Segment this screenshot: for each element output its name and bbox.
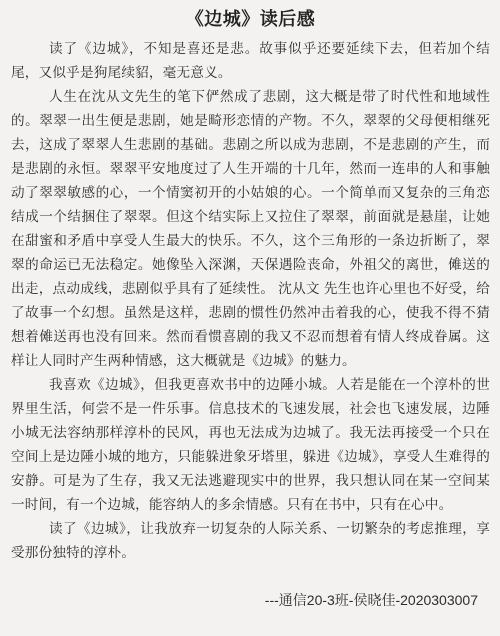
author-signature: ---通信20-3班-侯晓佳-2020303007 — [265, 591, 478, 609]
document-title: 《边城》读后感 — [11, 8, 490, 30]
paragraph-border-town-reflection: 我喜欢《边城》，但我更喜欢书中的边陲小城。人若是能在一个淳朴的世界里生活，何尝不… — [11, 373, 490, 517]
paragraph-intro: 读了《边城》，不知是喜还是悲。故事似乎还要延续下去，但若加个结尾，又似乎是狗尾续… — [11, 37, 490, 85]
paragraph-conclusion: 读了《边城》，让我放弃一切复杂的人际关系、一切繁杂的考虑推理，享受那份独特的淳朴… — [11, 517, 490, 565]
paragraph-tragedy-analysis: 人生在沈从文先生的笔下俨然成了悲剧，这大概是带了时代性和地域性的。翠翠一出生便是… — [11, 85, 490, 373]
document-page: 《边城》读后感 读了《边城》，不知是喜还是悲。故事似乎还要延续下去，但若加个结尾… — [0, 0, 500, 636]
